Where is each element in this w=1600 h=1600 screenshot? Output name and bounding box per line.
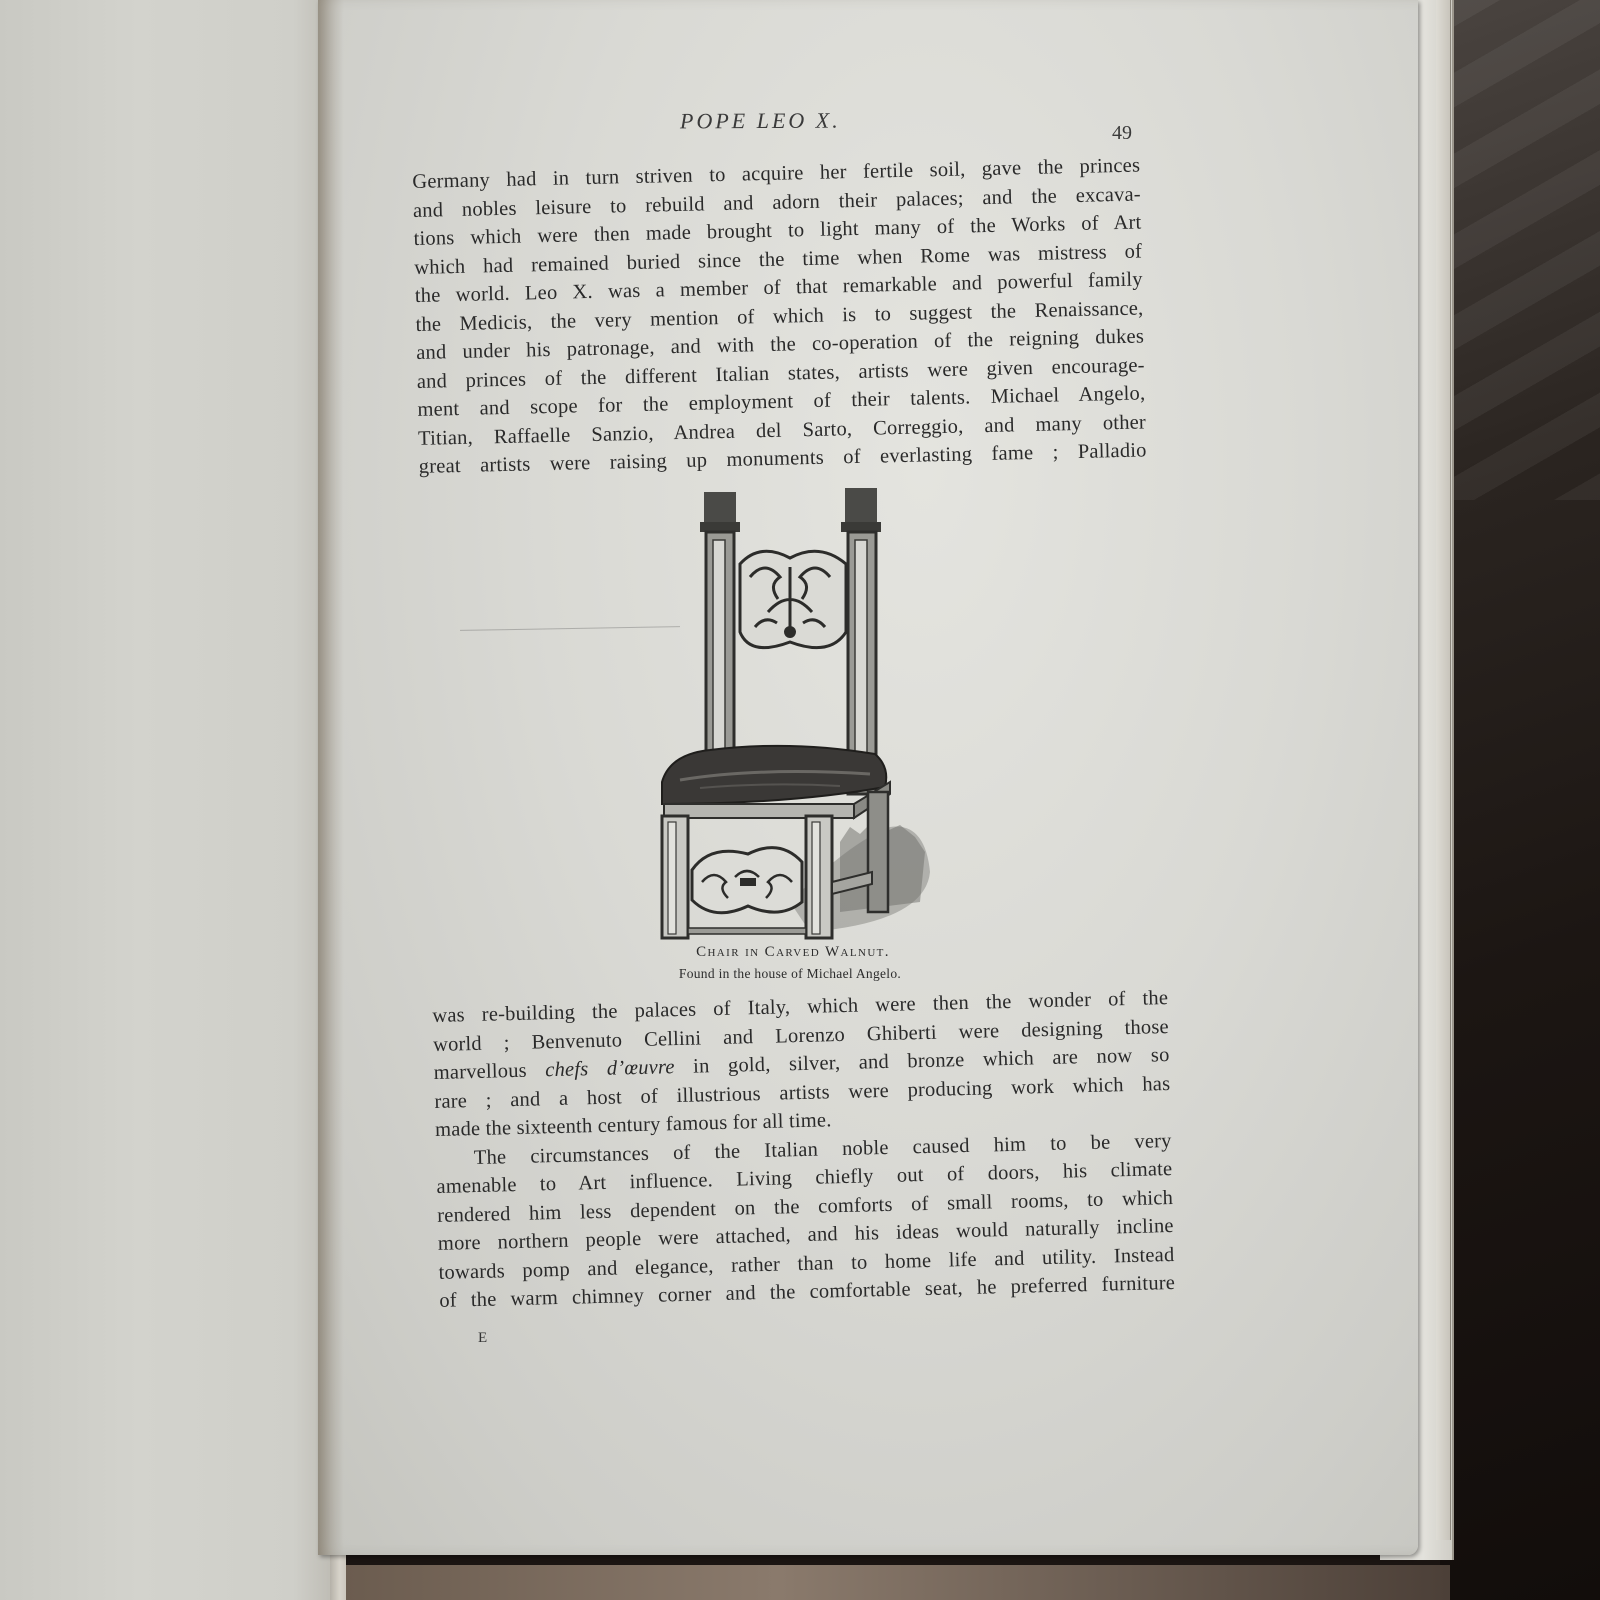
chair-illustration — [640, 482, 940, 944]
figure-caption-title: Chair in Carved Walnut. — [648, 944, 938, 961]
italic-phrase: chefs d’œuvre — [545, 1056, 675, 1081]
book-gutter — [318, 0, 344, 1555]
left-page-blank — [0, 0, 345, 1600]
signature-mark: E — [478, 1330, 487, 1347]
page-number: 49 — [1112, 122, 1132, 145]
body-text-top: Germany had in turn striven to acquire h… — [412, 151, 1147, 481]
running-head: POPE LEO X. — [680, 108, 841, 135]
page-stack-edge-outer — [1436, 0, 1451, 1540]
body-text-bottom: was re-building the palaces of Italy, wh… — [432, 984, 1175, 1315]
table-surface — [330, 1565, 1450, 1600]
background-shelf — [1440, 0, 1600, 500]
figure-caption-subtitle: Found in the house of Michael Angelo. — [640, 966, 940, 982]
